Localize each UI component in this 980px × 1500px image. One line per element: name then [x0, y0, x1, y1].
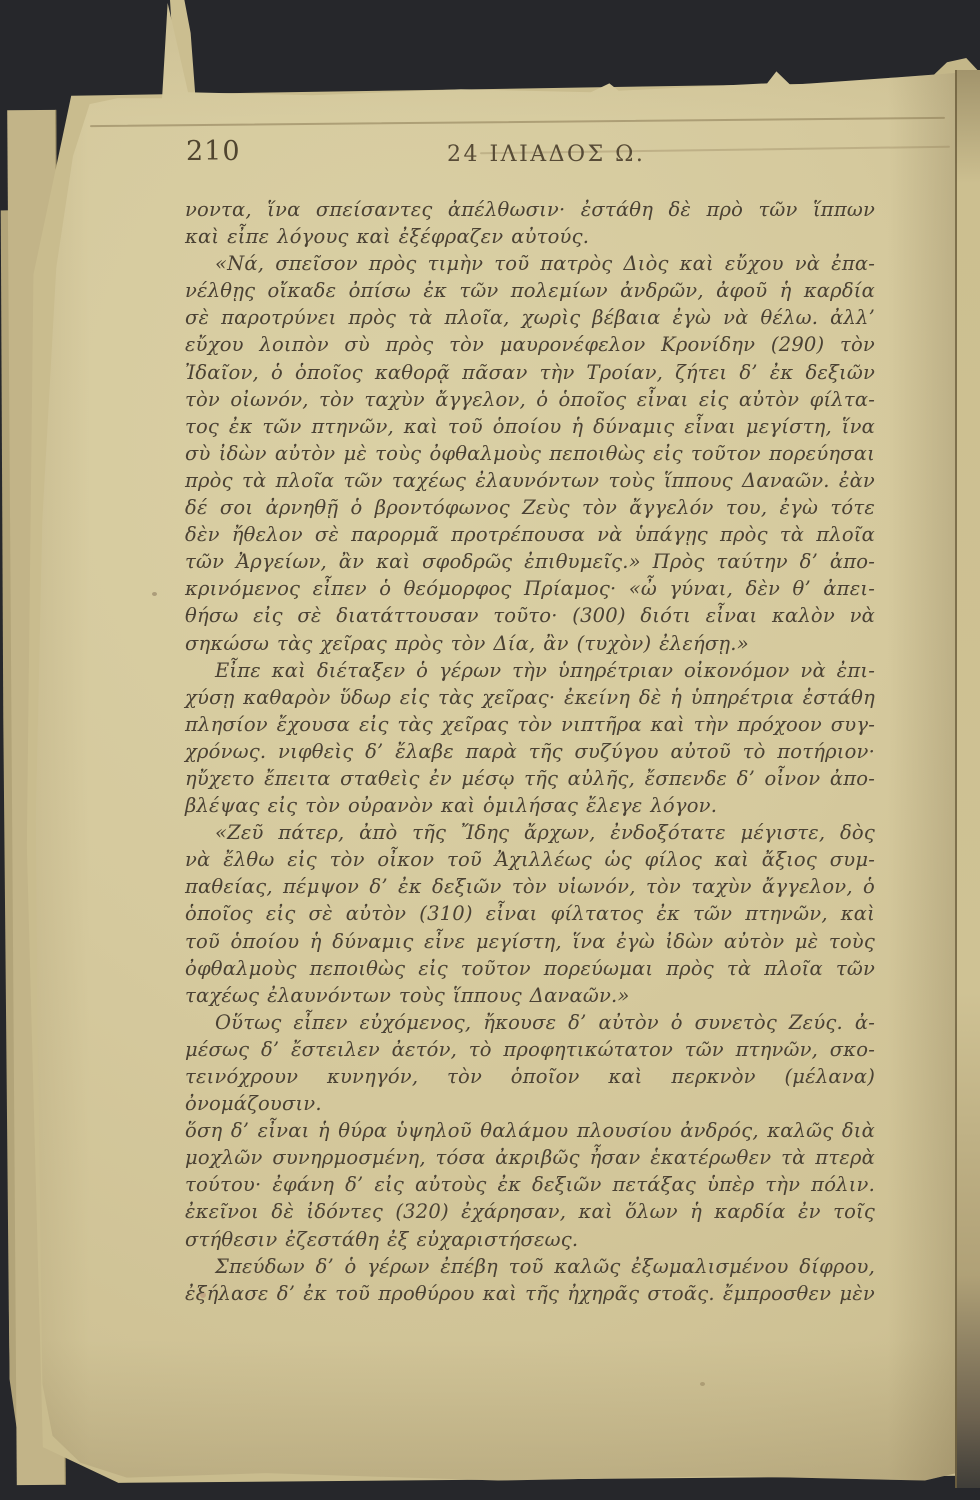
text-line: ὀφθαλμοὺς πεποιθὼς εἰς τοῦτον πορεύωμαι … [185, 955, 875, 982]
text-line: ἐξήλασε δ’ ἐκ τοῦ προθύρου καὶ τῆς ἠχηρᾶ… [185, 1280, 875, 1307]
running-header: 24 ΙΛΙΑΔΟΣ Ω. [447, 142, 645, 167]
text-line: ὅση δ’ εἶναι ἡ θύρα ὑψηλοῦ θαλάμου πλουσ… [185, 1117, 875, 1144]
text-line: τῶν Ἀργείων, ἂν καὶ σφοδρῶς ἐπιθυμεῖς.» … [185, 548, 875, 575]
text-line: τούτου· ἐφάνη δ’ εἰς αὐτοὺς ἐκ δεξιῶν πε… [185, 1171, 875, 1198]
text-line: «Ζεῦ πάτερ, ἀπὸ τῆς Ἴδης ἄρχων, ἐνδοξότα… [185, 819, 875, 846]
text-line: Οὕτως εἶπεν εὐχόμενος, ἤκουσε δ’ αὐτὸν ὁ… [185, 1009, 875, 1036]
text-line: στήθεσιν ἐζεστάθη ἐξ εὐχαριστήσεως. [185, 1226, 875, 1253]
text-line: ταχέως ἐλαυνόντων τοὺς ἵππους Δαναῶν.» [185, 982, 875, 1009]
text-line: Εἶπε καὶ διέταξεν ὁ γέρων τὴν ὑπηρέτριαν… [185, 657, 875, 684]
text-line: πλησίον ἔχουσα εἰς τὰς χεῖρας τὸν νιπτῆρ… [185, 711, 875, 738]
text-line: εὔχου λοιπὸν σὺ πρὸς τὸν μαυρονέφελον Κρ… [185, 331, 875, 358]
text-line: τοῦ ὁποίου ἡ δύναμις εἶνε μεγίστη, ἵνα ἐ… [185, 928, 875, 955]
text-line: παθείας, πέμψον δ’ ἐκ δεξιῶν τὸν υἱωνόν,… [185, 873, 875, 900]
text-line: μοχλῶν συνηρμοσμένη, τόσα ἀκριβῶς ἦσαν ἑ… [185, 1144, 875, 1171]
text-line: τος ἐκ τῶν πτηνῶν, καὶ τοῦ ὁποίου ἡ δύνα… [185, 413, 875, 440]
text-line: Σπεύδων δ’ ὁ γέρων ἐπέβη τοῦ καλῶς ἐξωμα… [185, 1253, 875, 1280]
paragraph: «Ζεῦ πάτερ, ἀπὸ τῆς Ἴδης ἄρχων, ἐνδοξότα… [185, 819, 875, 1009]
paragraph: Οὕτως εἶπεν εὐχόμενος, ἤκουσε δ’ αὐτὸν ὁ… [185, 1009, 875, 1253]
text-line: ὁποῖος εἰς σὲ αὐτὸν (310) εἶναι φίλτατος… [185, 900, 875, 927]
text-line: κρινόμενος εἶπεν ὁ θεόμορφος Πρίαμος· «ὦ… [185, 575, 875, 602]
text-line: νοντα, ἵνα σπείσαντες ἀπέλθωσιν· ἐστάθη … [185, 196, 875, 223]
spine-page-edges [955, 70, 980, 1488]
text-line: ἐκεῖνοι δὲ ἰδόντες (320) ἐχάρησαν, καὶ ὅ… [185, 1198, 875, 1225]
paragraph: «Νά, σπεῖσον πρὸς τιμὴν τοῦ πατρὸς Διὸς … [185, 250, 875, 656]
text-line: σὺ ἰδὼν αὐτὸν μὲ τοὺς ὀφθαλμοὺς πεποιθὼς… [185, 440, 875, 467]
text-line: χρόνως. νιφθεὶς δ’ ἔλαβε παρὰ τῆς συζύγο… [185, 738, 875, 765]
text-line: νέλθῃς οἴκαδε ὀπίσω ἐκ τῶν πολεμίων ἀνδρ… [185, 277, 875, 304]
scanned-book-page: 210 24 ΙΛΙΑΔΟΣ Ω. νοντα, ἵνα σπείσαντες … [0, 0, 980, 1500]
text-line: βλέψας εἰς τὸν οὐρανὸν καὶ ὁμιλήσας ἔλεγ… [185, 792, 875, 819]
text-line: τεινόχρουν κυνηγόν, τὸν ὁποῖον καὶ περκν… [185, 1063, 875, 1117]
paragraph: νοντα, ἵνα σπείσαντες ἀπέλθωσιν· ἐστάθη … [185, 196, 875, 250]
text-line: σὲ παροτρύνει πρὸς τὰ πλοῖα, χωρὶς βέβαι… [185, 304, 875, 331]
text-line: νὰ ἔλθω εἰς τὸν οἶκον τοῦ Ἀχιλλέως ὡς φί… [185, 846, 875, 873]
body-text: νοντα, ἵνα σπείσαντες ἀπέλθωσιν· ἐστάθη … [185, 196, 875, 1307]
text-line: πρὸς τὰ πλοῖα τῶν ταχέως ἐλαυνόντων τοὺς… [185, 467, 875, 494]
text-line: τὸν οἰωνόν, τὸν ταχὺν ἄγγελον, ὁ ὁποῖος … [185, 386, 875, 413]
text-line: χύσῃ καθαρὸν ὕδωρ εἰς τὰς χεῖρας· ἐκείνη… [185, 684, 875, 711]
text-line: σηκώσω τὰς χεῖρας πρὸς τὸν Δία, ἂν (τυχὸ… [185, 630, 875, 657]
paper-speck [152, 592, 157, 596]
paragraph: Εἶπε καὶ διέταξεν ὁ γέρων τὴν ὑπηρέτριαν… [185, 657, 875, 820]
text-line: «Νά, σπεῖσον πρὸς τιμὴν τοῦ πατρὸς Διὸς … [185, 250, 875, 277]
text-line: καὶ εἶπε λόγους καὶ ἐξέφραζεν αὐτούς. [185, 223, 875, 250]
text-line: Ἰδαῖον, ὁ ὁποῖος καθορᾷ πᾶσαν τὴν Τροίαν… [185, 359, 875, 386]
text-line: δέ σοι ἀρνηθῇ ὁ βροντόφωνος Ζεὺς τὸν ἄγγ… [185, 494, 875, 521]
text-line: δὲν ἤθελον σὲ παρορμᾶ προτρέπουσα νὰ ὑπά… [185, 521, 875, 548]
text-line: μέσως δ’ ἔστειλεν ἀετόν, τὸ προφητικώτατ… [185, 1036, 875, 1063]
paragraph: Σπεύδων δ’ ὁ γέρων ἐπέβη τοῦ καλῶς ἐξωμα… [185, 1253, 875, 1307]
text-line: ηὔχετο ἔπειτα σταθεὶς ἐν μέσῳ τῆς αὐλῆς,… [185, 765, 875, 792]
page-number: 210 [186, 136, 241, 167]
text-line: θήσω εἰς σὲ διατάττουσαν τοῦτο· (300) δι… [185, 602, 875, 629]
paper-speck [700, 1382, 705, 1386]
